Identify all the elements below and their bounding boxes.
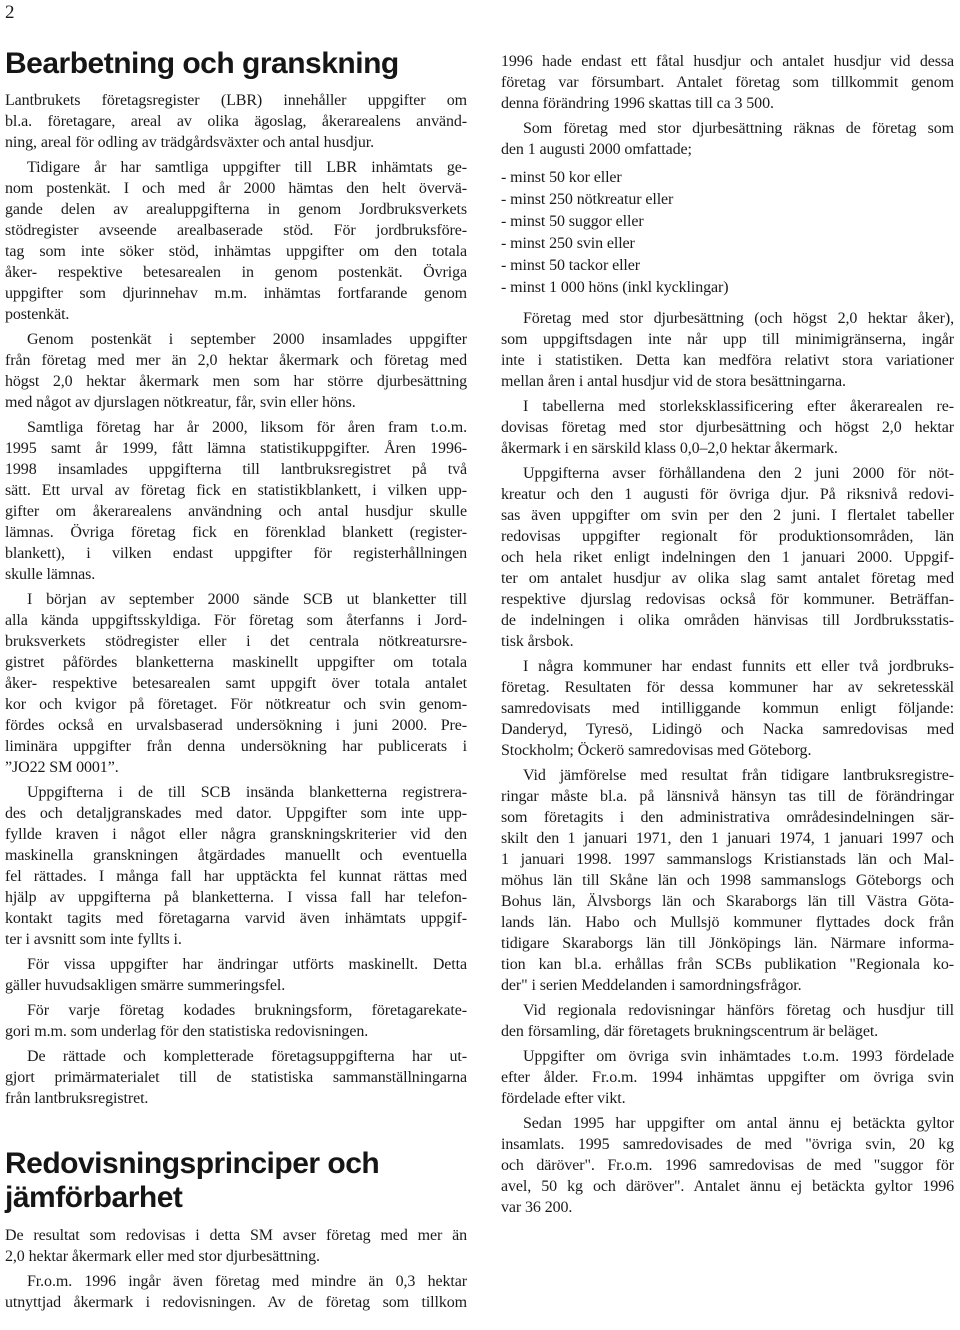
- text-line: Uppgifter om övriga svin inhämtades t.o.…: [501, 1046, 954, 1067]
- text-line: skulle lämnas.: [5, 564, 467, 585]
- text-line: ter om antalet husdjur av olika slag sam…: [501, 568, 954, 589]
- heading-line: Bearbetning och granskning: [5, 47, 467, 81]
- text-line: högst 2,0 hektar åkermark men som har st…: [5, 371, 467, 392]
- text-line: För varje företag kodades brukningsform,…: [5, 1000, 467, 1021]
- text-line: bruksverkets stödregister eller i det ce…: [5, 631, 467, 652]
- text-line: efter ålder. Fr.o.m. 1994 inhämtas uppgi…: [501, 1067, 954, 1088]
- paragraph: Vid regionala redovisningar hänförs före…: [501, 1000, 954, 1042]
- text-line: fel rättades. I många fall har upptäckta…: [5, 866, 467, 887]
- text-line: Sedan 1995 har uppgifter om antal ännu e…: [501, 1113, 954, 1134]
- dash-list: - minst 50 kor eller- minst 250 nötkreat…: [501, 167, 954, 299]
- text-line: Bohus län, Älvsborgs län och Skaraborgs …: [501, 891, 954, 912]
- list-item: - minst 250 svin eller: [501, 233, 954, 255]
- text-line: inte i statistiken. Detta kan medföra re…: [501, 350, 954, 371]
- paragraph: Som företag med stor djurbesättning räkn…: [501, 118, 954, 160]
- text-line: åker- respektive betesarealen in genom p…: [5, 262, 467, 283]
- text-line: maskinella granskningen åtgärdades manue…: [5, 845, 467, 866]
- text-line: liminära uppgifter från denna undersökni…: [5, 736, 467, 757]
- text-line: 1995 samt år 1999, fått lämna statistiku…: [5, 438, 467, 459]
- text-line: Genom postenkät i september 2000 insamla…: [5, 329, 467, 350]
- list-item: - minst 50 kor eller: [501, 167, 954, 189]
- text-line: och hela riket enligt indelningen den 1 …: [501, 547, 954, 568]
- text-line: tion kan bl.a. erhållas från SCBs publik…: [501, 954, 954, 975]
- text-line: företag. Resultaten för dessa kommuner h…: [501, 677, 954, 698]
- text-line: gori m.m. som underlag för den statistis…: [5, 1021, 467, 1042]
- text-line: som företagits i den administrativa områ…: [501, 807, 954, 828]
- text-line: lämnas. Övriga företag fick en förenklad…: [5, 522, 467, 543]
- text-line: 1996 hade endast ett fåtal husdjur och a…: [501, 51, 954, 72]
- text-line: Som företag med stor djurbesättning räkn…: [501, 118, 954, 139]
- text-line: Lantbrukets företagsregister (LBR) inneh…: [5, 90, 467, 111]
- page-number: 2: [5, 2, 954, 24]
- paragraph: För vissa uppgifter har ändringar utfört…: [5, 954, 467, 996]
- text-line: gande delen av arealuppgifterna in genom…: [5, 199, 467, 220]
- text-line: åkermark i en särskild klass 0,0–2,0 hek…: [501, 438, 954, 459]
- text-line: alla kända uppgiftsskyldiga. För företag…: [5, 610, 467, 631]
- text-line: åker- respektive betesarealen samt uppgi…: [5, 673, 467, 694]
- text-line: Stockholm; Öckerö samredovisas med Göteb…: [501, 740, 954, 761]
- text-line: ringar måste bl.a. på länsnivå hänsyn ta…: [501, 786, 954, 807]
- paragraph: Uppgifter om övriga svin inhämtades t.o.…: [501, 1046, 954, 1109]
- right-column: 1996 hade endast ett fåtal husdjur och a…: [501, 24, 954, 1317]
- text-line: Uppgifterna i de till SCB insända blanke…: [5, 782, 467, 803]
- text-line: sätt. Ett urval av företag fick en stati…: [5, 480, 467, 501]
- text-line: nom postenkät. I och med år 2000 hämtas …: [5, 178, 467, 199]
- paragraph: 1996 hade endast ett fåtal husdjur och a…: [501, 51, 954, 114]
- paragraph: Genom postenkät i september 2000 insamla…: [5, 329, 467, 413]
- text-line: gäller huvudsakligen smärre summeringsfe…: [5, 975, 467, 996]
- list-item: - minst 250 nötkreatur eller: [501, 189, 954, 211]
- text-line: De rättade och kompletterade företagsupp…: [5, 1046, 467, 1067]
- text-line: Uppgifterna avser förhållandena den 2 ju…: [501, 463, 954, 484]
- text-line: Tidigare år har samtliga uppgifter till …: [5, 157, 467, 178]
- text-line: företag var försumbart. Antalet företag …: [501, 72, 954, 93]
- text-line: avel, 50 kg och däröver". Antalet ännu e…: [501, 1176, 954, 1197]
- text-line: fyllde kraven i något eller några gransk…: [5, 824, 467, 845]
- list-item: - minst 50 suggor eller: [501, 211, 954, 233]
- text-line: tisk årsbok.: [501, 631, 954, 652]
- paragraph: I några kommuner har endast funnits ett …: [501, 656, 954, 761]
- paragraph: I början av september 2000 sände SCB ut …: [5, 589, 467, 778]
- text-line: des och detaljgranskades med dator. Uppg…: [5, 803, 467, 824]
- paragraph: Samtliga företag har år 2000, liksom för…: [5, 417, 467, 585]
- text-line: redovisas uppgifter regionalt för produk…: [501, 526, 954, 547]
- text-line: fördelade efter vikt.: [501, 1088, 954, 1109]
- paragraph: De rättade och kompletterade företagsupp…: [5, 1046, 467, 1109]
- text-line: möhus län till Skåne län och 1998 samman…: [501, 870, 954, 891]
- paragraph: Lantbrukets företagsregister (LBR) inneh…: [5, 90, 467, 153]
- text-line: samredovisats med intilliggande kommun e…: [501, 698, 954, 719]
- paragraph: Företag med stor djurbesättning (och hög…: [501, 308, 954, 392]
- text-line: gistret påfördes blanketterna maskinellt…: [5, 652, 467, 673]
- text-line: bl.a. företagare, areal av olika ägoslag…: [5, 111, 467, 132]
- text-line: med något av djurslagen nötkreatur, får,…: [5, 392, 467, 413]
- text-line: ”JO22 SM 0001”.: [5, 757, 467, 778]
- left-column: Bearbetning och granskningLantbrukets fö…: [5, 24, 467, 1317]
- text-line: I några kommuner har endast funnits ett …: [501, 656, 954, 677]
- text-line: som uppgiftsdagen inte når upp till mini…: [501, 329, 954, 350]
- text-line: uppgifter som djurinnehav m.m. inhämtas …: [5, 283, 467, 304]
- paragraph: Fr.o.m. 1996 ingår även företag med mind…: [5, 1271, 467, 1313]
- text-line: gifter om åkerarealens användning och an…: [5, 501, 467, 522]
- text-line: ning, areal för odling av trädgårdsväxte…: [5, 132, 467, 153]
- text-line: insamlats. 1995 samredovisades de med "ö…: [501, 1134, 954, 1155]
- text-line: 1 januari 1998. 1997 sammanslogs Kristia…: [501, 849, 954, 870]
- text-line: 2,0 hektar åkermark eller med stor djurb…: [5, 1246, 467, 1267]
- heading-redovisningsprinciper: Redovisningsprinciper ochjämförbarhet: [5, 1147, 467, 1215]
- text-line: utnyttjad åkermark i redovisningen. Av d…: [5, 1292, 467, 1313]
- text-line: Samtliga företag har år 2000, liksom för…: [5, 417, 467, 438]
- text-line: stödregister avseende arealbaserade stöd…: [5, 220, 467, 241]
- text-line: blankett), i vilken endast uppgifter för…: [5, 543, 467, 564]
- text-line: 1998 insamlades uppgifterna till lantbru…: [5, 459, 467, 480]
- text-line: respektive djurslag redovisas också för …: [501, 589, 954, 610]
- text-line: I början av september 2000 sände SCB ut …: [5, 589, 467, 610]
- text-line: lands län. Habo och Mullsjö kommuner fly…: [501, 912, 954, 933]
- text-line: från företag med mer än 2,0 hektar åkerm…: [5, 350, 467, 371]
- text-line: Vid jämförelse med resultat från tidigar…: [501, 765, 954, 786]
- text-line: den församling, där företagets bruknings…: [501, 1021, 954, 1042]
- text-line: hjälp av uppgifterna på blanketterna. I …: [5, 887, 467, 908]
- text-line: var 36 200.: [501, 1197, 954, 1218]
- text-line: De resultat som redovisas i detta SM avs…: [5, 1225, 467, 1246]
- text-line: kreatur och den 1 augusti för övriga dju…: [501, 484, 954, 505]
- text-line: tag som inte söker stöd, inhämtas uppgif…: [5, 241, 467, 262]
- heading-line: jämförbarhet: [5, 1181, 467, 1215]
- text-line: der" i serien Meddelanden i samordningsf…: [501, 975, 954, 996]
- text-line: sas även uppgifter om svin per den 2 jun…: [501, 505, 954, 526]
- text-line: Vid regionala redovisningar hänförs före…: [501, 1000, 954, 1021]
- text-line: skilt den 1 januari 1971, den 1 januari …: [501, 828, 954, 849]
- text-line: Fr.o.m. 1996 ingår även företag med mind…: [5, 1271, 467, 1292]
- paragraph: De resultat som redovisas i detta SM avs…: [5, 1225, 467, 1267]
- list-item: - minst 1 000 höns (inkl kycklingar): [501, 277, 954, 299]
- paragraph: Uppgifterna i de till SCB insända blanke…: [5, 782, 467, 950]
- text-line: Danderyd, Tyresö, Lidingö och Nacka samr…: [501, 719, 954, 740]
- paragraph: Sedan 1995 har uppgifter om antal ännu e…: [501, 1113, 954, 1218]
- list-item: - minst 50 tackor eller: [501, 255, 954, 277]
- text-line: För vissa uppgifter har ändringar utfört…: [5, 954, 467, 975]
- text-line: fördes också en urvalsbaserad undersökni…: [5, 715, 467, 736]
- text-line: postenkät.: [5, 304, 467, 325]
- text-line: Företag med stor djurbesättning (och hög…: [501, 308, 954, 329]
- text-line: och däröver". Fr.o.m. 1996 samredovisas …: [501, 1155, 954, 1176]
- text-line: tidigare Skaraborgs län till Jönköpings …: [501, 933, 954, 954]
- text-line: mellan åren i antal husdjur vid de stora…: [501, 371, 954, 392]
- two-column-layout: Bearbetning och granskningLantbrukets fö…: [5, 24, 954, 1317]
- paragraph: Tidigare år har samtliga uppgifter till …: [5, 157, 467, 325]
- paragraph: För varje företag kodades brukningsform,…: [5, 1000, 467, 1042]
- document-page: 2 Bearbetning och granskningLantbrukets …: [0, 0, 960, 1330]
- text-line: de indelningen i olika områden hänvisas …: [501, 610, 954, 631]
- text-line: kontakt tagits med företagarna varvid äv…: [5, 908, 467, 929]
- heading-line: Redovisningsprinciper och: [5, 1147, 467, 1181]
- heading-bearbetning-och-granskning: Bearbetning och granskning: [5, 47, 467, 81]
- text-line: kor och kvigor på företaget. För nötkrea…: [5, 694, 467, 715]
- paragraph: Uppgifterna avser förhållandena den 2 ju…: [501, 463, 954, 652]
- text-line: denna förändring 1996 skattas till ca 3 …: [501, 93, 954, 114]
- text-line: gjort primärmaterialet till de statistis…: [5, 1067, 467, 1088]
- text-line: den 1 augusti 2000 omfattade;: [501, 139, 954, 160]
- paragraph: I tabellerna med storleksklassificering …: [501, 396, 954, 459]
- text-line: från lantbruksregistret.: [5, 1088, 467, 1109]
- text-line: ter i avsnitt som inte fyllts i.: [5, 929, 467, 950]
- paragraph: Vid jämförelse med resultat från tidigar…: [501, 765, 954, 996]
- text-line: I tabellerna med storleksklassificering …: [501, 396, 954, 417]
- text-line: dovisas företag med stor djurbesättning …: [501, 417, 954, 438]
